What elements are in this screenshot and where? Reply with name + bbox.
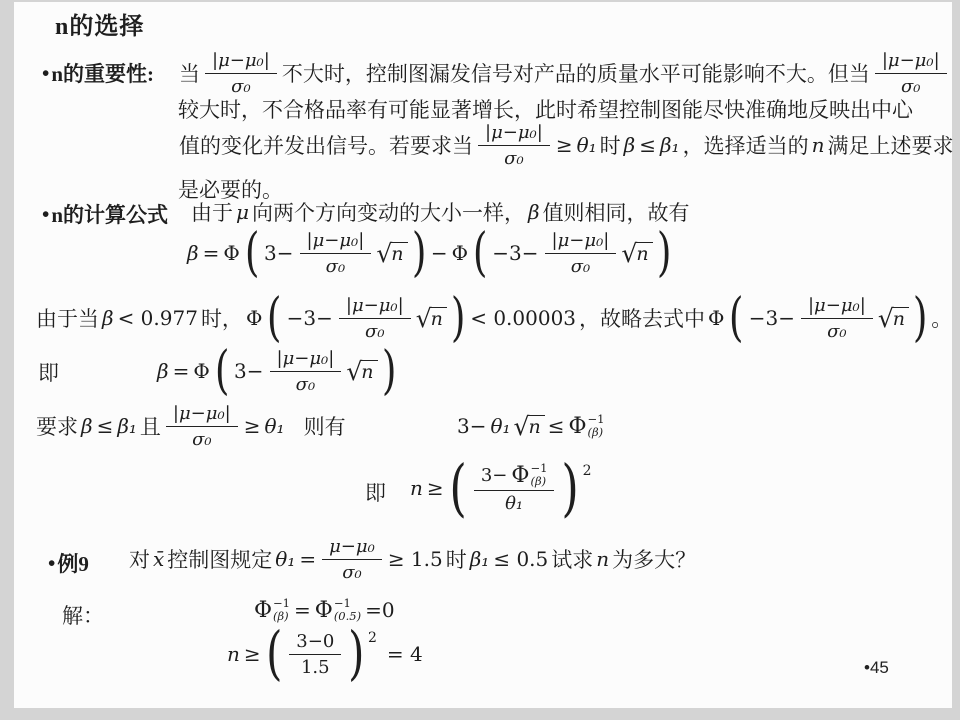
math-frac: 3−Φ−1(β)θ₁	[474, 462, 555, 514]
fraction-denominator: σ₀	[502, 146, 526, 169]
math-r: 3−0	[294, 631, 336, 652]
formula-n-bound: n≥(3−Φ−1(β)θ₁)2	[408, 450, 592, 526]
math-cn: 控制图规定	[166, 544, 273, 574]
bullet-example9: •例9	[48, 548, 89, 578]
left-paren: (	[449, 463, 466, 514]
math-rp: )2	[345, 630, 377, 678]
paragraph1-line3: 值的变化并发出信号。若要求当|μ−μ₀|σ₀≥θ₁时β≤β₁，选择适当的n满足上…	[178, 116, 954, 174]
math-ss: Φ−1(β)	[511, 462, 547, 488]
math-r: =0	[363, 598, 396, 622]
bullet-n-importance: •n的重要性:	[42, 58, 154, 88]
math-i: |μ−μ₀|	[210, 50, 272, 71]
math-i: σ₀	[825, 321, 849, 342]
fraction-denominator: σ₀	[363, 319, 387, 342]
slide-title: n的选择	[55, 6, 144, 41]
bullet-icon: •	[48, 551, 55, 576]
math-i: n	[810, 133, 827, 157]
math-frac: |μ−μ₀|σ₀	[801, 295, 873, 342]
math-i: μ−μ₀	[327, 536, 377, 557]
left-paren: (	[215, 350, 230, 393]
math-frac: |μ−μ₀|σ₀	[545, 230, 617, 277]
math-sqrt: √n	[376, 241, 407, 266]
left-paren: (	[245, 232, 260, 275]
math-frac: |μ−μ₀|σ₀	[205, 50, 277, 97]
math-r: = 4	[385, 642, 425, 666]
right-paren: )	[451, 297, 466, 340]
math-sqrt: √n	[346, 359, 377, 384]
fraction-denominator: σ₀	[324, 254, 348, 277]
ss-subscript: (β)	[588, 426, 605, 439]
math-r: =	[292, 598, 313, 622]
math-i: θ₁	[263, 414, 287, 438]
math-i: β₁	[468, 547, 492, 571]
formula-requirement-right: 3−θ₁√n≤Φ−1(β)	[455, 404, 607, 448]
math-r: ≤	[95, 414, 116, 438]
math-lp: (	[446, 463, 470, 514]
math-frac: |μ−μ₀|σ₀	[270, 348, 342, 395]
math-frac: |μ−μ₀|σ₀	[875, 50, 947, 97]
bullet-icon: •	[42, 202, 49, 227]
bullet-n-formula-label: n的计算公式	[51, 199, 168, 229]
math-i: n	[225, 642, 242, 666]
math-cn: 。	[930, 303, 953, 333]
math-i: σ₀	[294, 374, 318, 395]
exponent: 2	[368, 630, 377, 646]
formula-requirement-left: 要求β≤β₁且|μ−μ₀|σ₀≥θ₁则有	[35, 396, 347, 456]
math-r: ≥	[242, 642, 263, 666]
example9-label: 例9	[57, 548, 89, 578]
math-cn: 满足上述要求	[826, 130, 954, 160]
math-i: β	[622, 133, 638, 157]
math-frac: μ−μ₀σ₀	[322, 536, 382, 583]
math-r: 3−	[455, 414, 488, 438]
solution-label: 解：	[62, 600, 104, 630]
ss-base: Φ	[315, 598, 333, 623]
math-lp: (	[212, 350, 232, 393]
math-i: n	[408, 476, 425, 500]
math-i: |μ−μ₀|	[171, 403, 233, 424]
math-i: |μ−μ₀|	[880, 50, 942, 71]
math-frac: |μ−μ₀|σ₀	[300, 230, 372, 277]
math-sqrt: √n	[878, 306, 909, 331]
math-i: β	[79, 414, 95, 438]
math-i: θ₁	[503, 493, 525, 514]
math-rp: )	[379, 350, 399, 393]
math-r: ≤	[637, 133, 658, 157]
math-lp: (	[263, 630, 286, 678]
fraction-numerator: |μ−μ₀|	[166, 403, 238, 427]
math-r: Φ	[191, 359, 211, 383]
math-i: θ₁	[488, 414, 512, 438]
fraction-denominator: σ₀	[825, 319, 849, 342]
math-cn: 要求	[35, 411, 79, 441]
math-frac: |μ−μ₀|σ₀	[339, 295, 411, 342]
fraction-denominator: σ₀	[190, 427, 214, 450]
math-i: β	[155, 359, 171, 383]
slide-content: n的选择 •n的重要性: 当|μ−μ₀|σ₀不大时，控制图漏发信号对产品的质量水…	[0, 0, 960, 720]
math-r: Φ	[706, 306, 726, 330]
radicand: n	[892, 307, 909, 331]
math-r: =	[201, 241, 222, 265]
fraction-numerator: |μ−μ₀|	[339, 295, 411, 319]
math-i: |μ−μ₀|	[483, 122, 545, 143]
math-r: Φ	[244, 306, 264, 330]
math-lp: (	[726, 297, 746, 340]
math-sqrt: √n	[416, 306, 447, 331]
math-i: |μ−μ₀|	[550, 230, 612, 251]
math-r: ≥ 1.5	[386, 547, 445, 571]
fraction-numerator: 3−0	[289, 631, 341, 655]
math-i: x̄	[151, 547, 166, 571]
math-r: =	[171, 359, 192, 383]
math-r: ≥	[554, 133, 575, 157]
math-i: σ₀	[502, 148, 526, 169]
math-r: Φ	[221, 241, 241, 265]
fraction-denominator: σ₀	[294, 372, 318, 395]
math-lp: (	[264, 297, 284, 340]
fraction-denominator: σ₀	[569, 254, 593, 277]
fraction-numerator: |μ−μ₀|	[205, 50, 277, 74]
bullet-icon: •	[42, 61, 49, 86]
math-i: β₁	[658, 133, 682, 157]
math-r: < 0.977	[116, 306, 200, 330]
ss-base: Φ	[511, 463, 529, 488]
math-r: 3−	[479, 465, 510, 486]
math-i: β	[185, 241, 201, 265]
math-r: −3−	[747, 306, 797, 330]
right-paren: )	[656, 232, 671, 275]
math-r: ≥	[242, 414, 263, 438]
fraction-numerator: |μ−μ₀|	[300, 230, 372, 254]
math-rp: )	[409, 232, 429, 275]
math-cn: 由于当	[35, 303, 100, 333]
math-i: σ₀	[324, 256, 348, 277]
math-i: |μ−μ₀|	[275, 348, 337, 369]
label-ji-1: 即	[38, 357, 59, 387]
fraction-numerator: |μ−μ₀|	[270, 348, 342, 372]
page-number: •45	[864, 658, 889, 678]
math-i: |μ−μ₀|	[806, 295, 868, 316]
math-frac: |μ−μ₀|σ₀	[478, 122, 550, 169]
fraction-denominator: σ₀	[340, 560, 364, 583]
bullet-n-importance-label: n的重要性:	[51, 58, 154, 88]
math-i: β	[100, 306, 116, 330]
fraction-denominator: 1.5	[299, 655, 332, 678]
math-i: θ₁	[575, 133, 599, 157]
right-paren: )	[913, 297, 928, 340]
math-r: 1.5	[299, 657, 332, 678]
math-sqrt: √n	[514, 414, 545, 439]
math-cn: 则有	[303, 411, 347, 441]
fraction-numerator: |μ−μ₀|	[478, 122, 550, 146]
math-cn: 当	[178, 58, 201, 88]
fraction-numerator: |μ−μ₀|	[801, 295, 873, 319]
formula-beta-two-phi: β=Φ(3−|μ−μ₀|σ₀√n)−Φ(−3−|μ−μ₀|σ₀√n)	[185, 220, 674, 286]
math-cn: 时，	[200, 303, 244, 333]
math-cn: 试求	[550, 544, 594, 574]
math-i: σ₀	[190, 429, 214, 450]
math-r: −	[429, 241, 450, 265]
math-rp: )	[654, 232, 674, 275]
math-cn: ，故略去式中	[578, 303, 706, 333]
formula-beta-single-phi: β=Φ(3−|μ−μ₀|σ₀√n)	[155, 340, 399, 402]
math-lp: (	[242, 232, 262, 275]
right-paren: )	[411, 232, 426, 275]
solution-line2: n≥(3−01.5)2= 4	[225, 624, 425, 684]
left-paren: (	[473, 232, 488, 275]
ss-base: Φ	[569, 414, 587, 439]
radicand: n	[430, 307, 447, 331]
math-r: ≥	[425, 476, 446, 500]
math-r: Φ	[450, 241, 470, 265]
right-paren: )	[348, 630, 364, 678]
math-cn: 时	[599, 130, 622, 160]
radicand: n	[360, 360, 377, 384]
radicand: n	[527, 415, 544, 439]
math-cn: 为多大？	[611, 544, 697, 574]
math-rp: )	[910, 297, 930, 340]
math-i: σ₀	[363, 321, 387, 342]
math-cn: 值的变化并发出信号。若要求当	[178, 130, 474, 160]
math-sqrt: √n	[621, 241, 652, 266]
math-r: =	[297, 547, 318, 571]
math-frac: 3−01.5	[289, 631, 341, 678]
math-i: n	[594, 547, 611, 571]
radicand: n	[390, 242, 407, 266]
ss-subscript: (β)	[530, 475, 547, 488]
exponent: 2	[583, 463, 592, 479]
math-rp: )2	[558, 463, 591, 514]
math-i: β₁	[115, 414, 139, 438]
right-paren: )	[381, 350, 396, 393]
math-r: −3−	[490, 241, 540, 265]
math-r: 3−	[262, 241, 295, 265]
left-paren: (	[266, 630, 282, 678]
math-r: < 0.00003	[468, 306, 578, 330]
fraction-denominator: θ₁	[503, 491, 525, 514]
left-paren: (	[729, 297, 744, 340]
math-cn: 对	[128, 544, 151, 574]
math-frac: |μ−μ₀|σ₀	[166, 403, 238, 450]
math-cn: ，选择适当的	[682, 130, 810, 160]
math-i: |μ−μ₀|	[305, 230, 367, 251]
math-r: 3−	[232, 359, 265, 383]
math-i: |μ−μ₀|	[344, 295, 406, 316]
math-i: θ₁	[273, 547, 297, 571]
math-i: σ₀	[569, 256, 593, 277]
math-r: ≤	[546, 414, 567, 438]
math-rp: )	[448, 297, 468, 340]
fraction-numerator: 3−Φ−1(β)	[474, 462, 555, 491]
bullet-n-formula: •n的计算公式	[42, 199, 168, 229]
math-cn: 且	[139, 411, 162, 441]
right-paren: )	[562, 463, 579, 514]
math-ss: Φ−1(β)	[569, 413, 605, 439]
math-r: ≤ 0.5	[491, 547, 550, 571]
fraction-numerator: μ−μ₀	[322, 536, 382, 560]
label-ji-2: 即	[365, 477, 386, 507]
example9-text: 对x̄控制图规定θ₁=μ−μ₀σ₀≥ 1.5时β₁≤ 0.5试求n为多大？	[128, 528, 697, 590]
left-paren: (	[267, 297, 282, 340]
math-i: σ₀	[340, 562, 364, 583]
fraction-numerator: |μ−μ₀|	[875, 50, 947, 74]
math-lp: (	[470, 232, 490, 275]
math-cn: 不大时，控制图漏发信号对产品的质量水平可能影响不大。但当	[281, 58, 871, 88]
radicand: n	[635, 242, 652, 266]
math-cn: 时	[445, 544, 468, 574]
math-r: −3−	[285, 306, 335, 330]
fraction-numerator: |μ−μ₀|	[545, 230, 617, 254]
